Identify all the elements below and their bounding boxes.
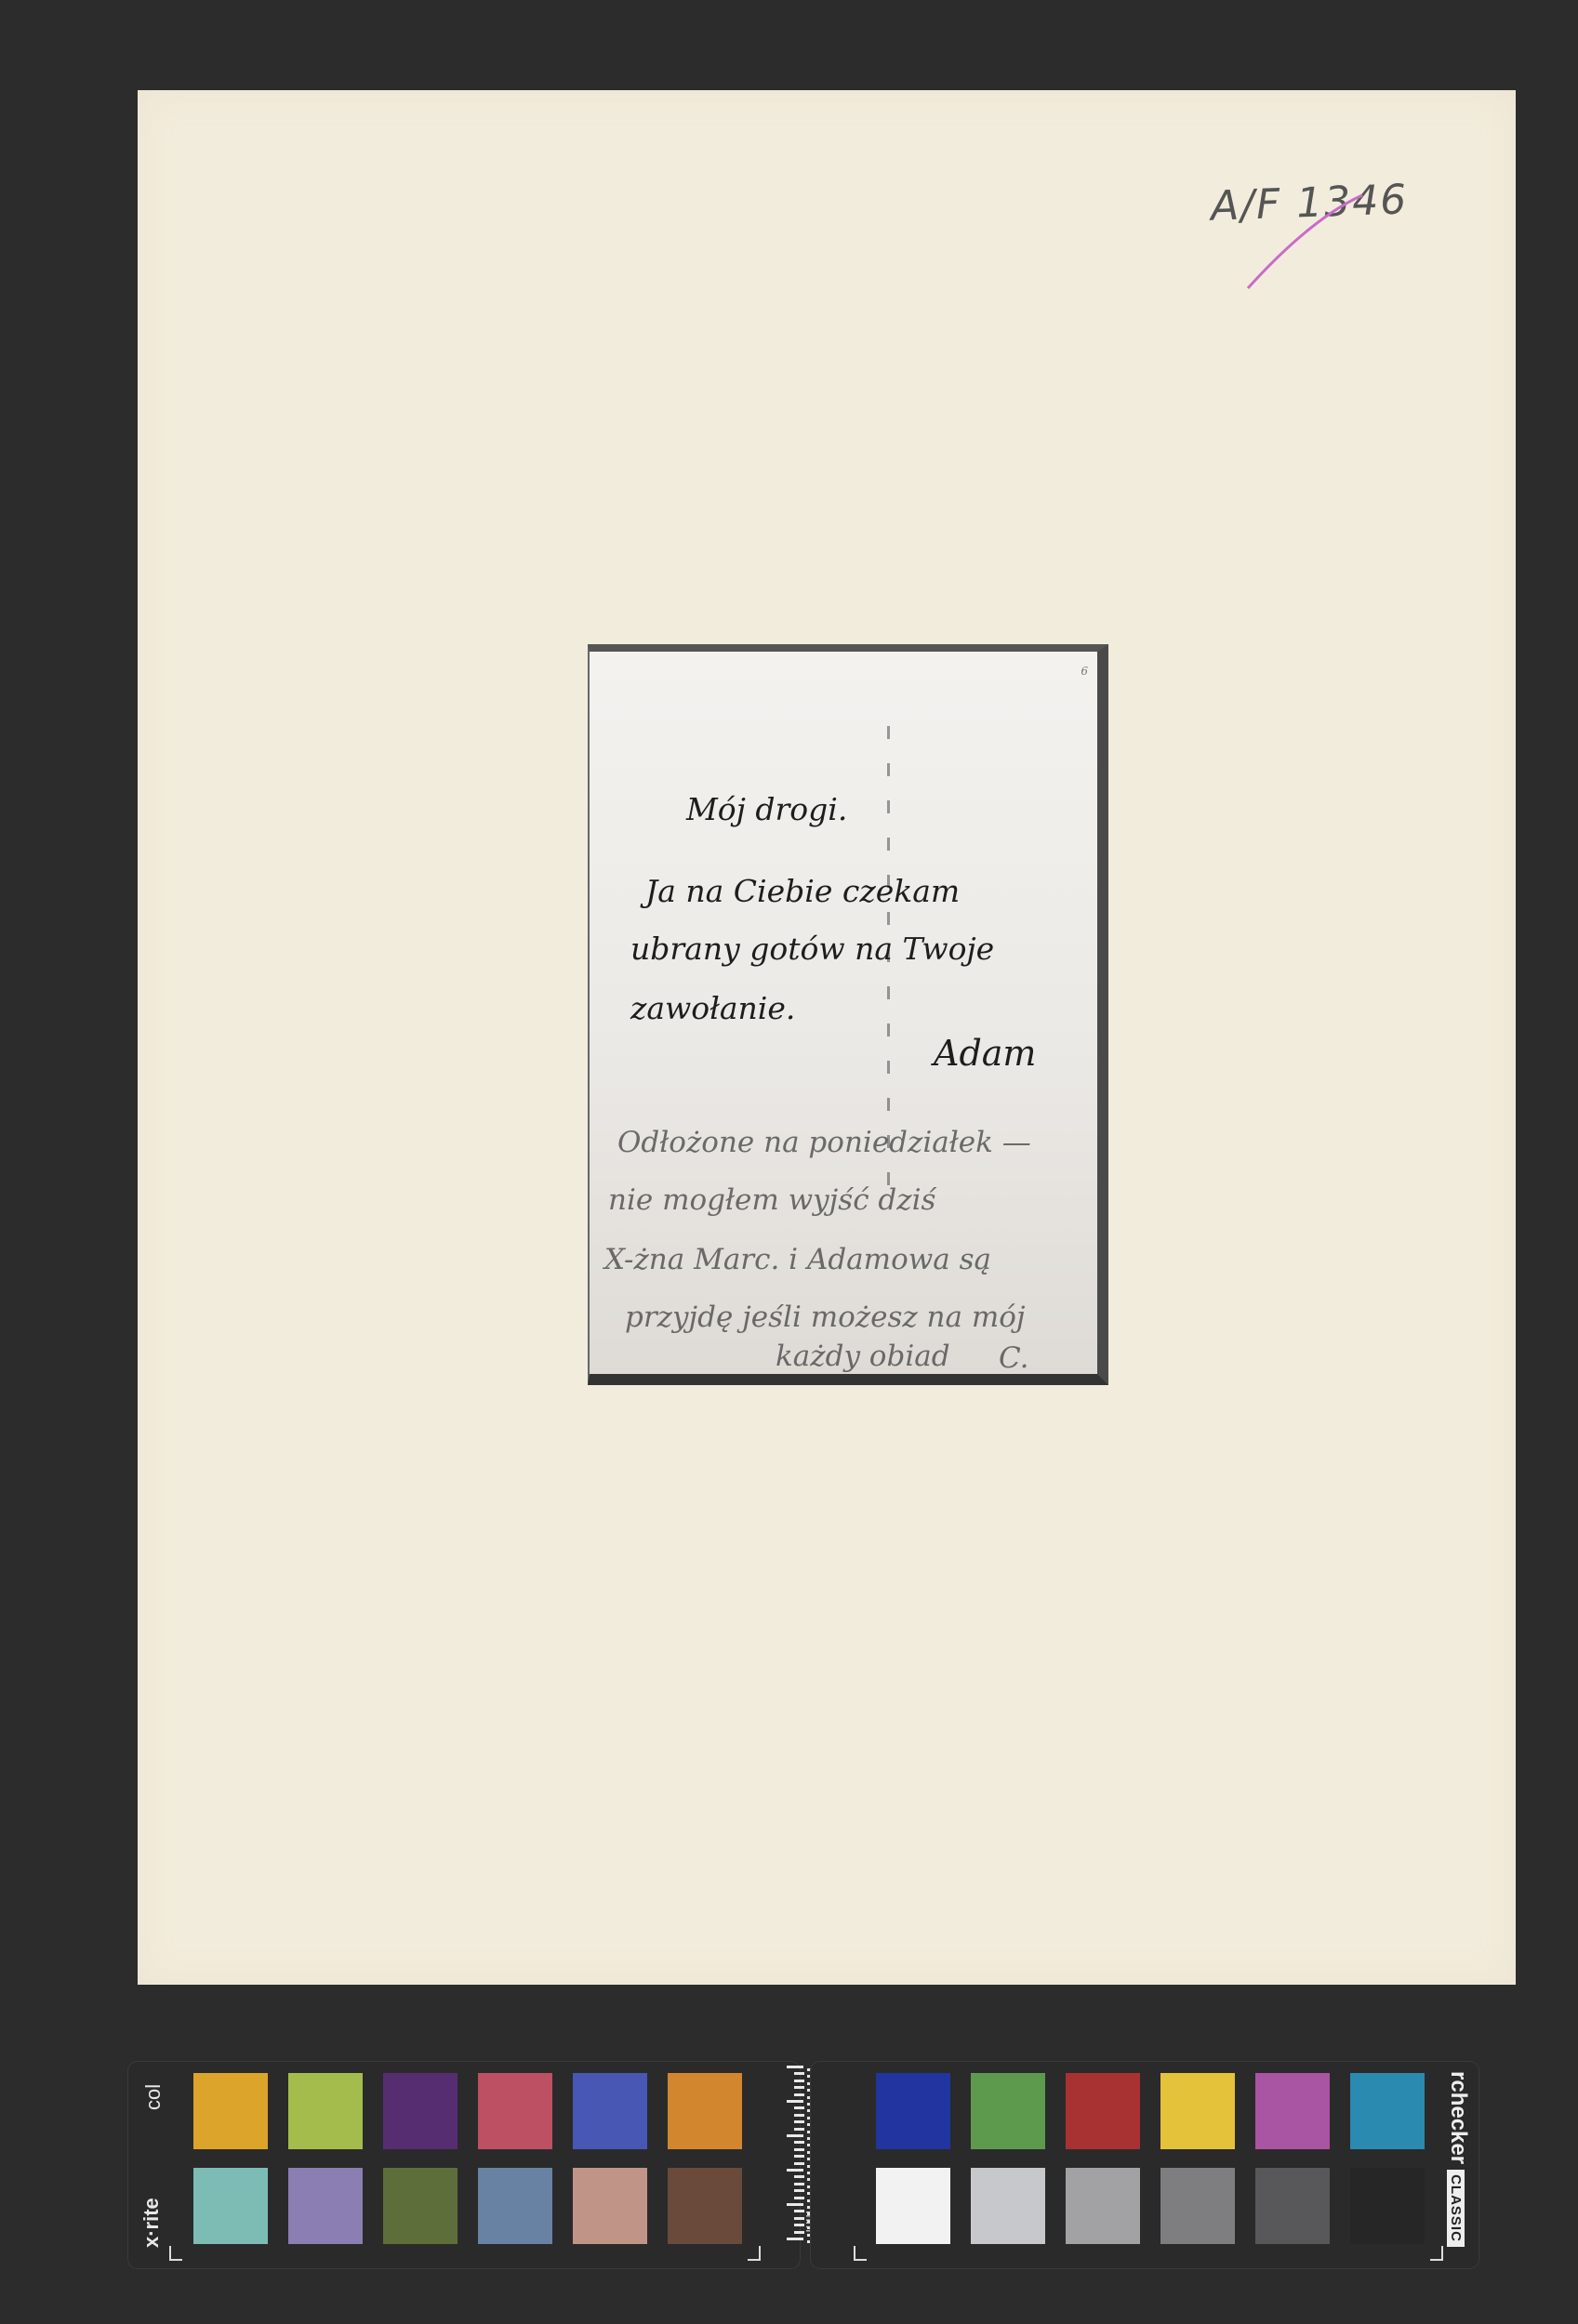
- pencil-line: każdy obiad: [776, 1340, 950, 1373]
- swatch: [1255, 2168, 1330, 2244]
- strike-through-mark: [1209, 172, 1451, 293]
- pencil-line: nie mogłem wyjść dziś: [608, 1183, 935, 1217]
- swatch: [478, 2073, 552, 2149]
- signature: Adam: [934, 1033, 1036, 1074]
- alignment-mark: [854, 2246, 867, 2261]
- swatch: [288, 2168, 363, 2244]
- letter-line: ubrany gotów na Twoje: [630, 931, 994, 967]
- swatch: [1160, 2073, 1235, 2149]
- swatch: [478, 2168, 552, 2244]
- swatch: [1160, 2168, 1235, 2244]
- swatch: [971, 2073, 1045, 2149]
- swatch: [876, 2168, 950, 2244]
- alignment-mark: [169, 2246, 182, 2261]
- swatch: [193, 2168, 268, 2244]
- letter-line: zawołanie.: [630, 990, 795, 1026]
- pencil-initial: C.: [999, 1341, 1028, 1375]
- xrite-logo: x·rite: [139, 2198, 164, 2248]
- alignment-mark: [1430, 2246, 1443, 2261]
- pencil-line: przyjdę jeśli możesz na mój: [625, 1301, 1026, 1334]
- swatch: [1350, 2168, 1425, 2244]
- pencil-line: Odłożone na poniedziałek —: [617, 1126, 1031, 1159]
- checker-label-text: rchecker: [1446, 2071, 1471, 2164]
- swatch: [288, 2073, 363, 2149]
- swatch: [573, 2168, 647, 2244]
- pencil-line: X-żna Marc. i Adamowa są: [604, 1243, 991, 1276]
- catalog-number: A/F 1346: [1209, 172, 1451, 293]
- page-number: 6: [1081, 665, 1088, 678]
- swatch: [1255, 2073, 1330, 2149]
- swatch: [876, 2073, 950, 2149]
- swatch: [1066, 2073, 1140, 2149]
- swatch: [383, 2168, 457, 2244]
- swatch: [668, 2168, 742, 2244]
- letter-line: Mój drogi.: [686, 791, 847, 827]
- letter-line: Ja na Ciebie czekam: [645, 873, 960, 909]
- letter-photograph: 6 Mój drogi. Ja na Ciebie czekam ubrany …: [588, 644, 1108, 1385]
- swatch: [383, 2073, 457, 2149]
- swatch: [193, 2073, 268, 2149]
- checker-label-left: col: [141, 2084, 166, 2110]
- color-checker-left-panel: col x·rite: [128, 2062, 800, 2268]
- swatch: [573, 2073, 647, 2149]
- checker-label-right: rcheckerCLASSIC: [1445, 2071, 1471, 2247]
- alignment-mark: [748, 2246, 761, 2261]
- swatch: [1350, 2073, 1425, 2149]
- swatch: [971, 2168, 1045, 2244]
- swatch: [668, 2073, 742, 2149]
- color-checker-right-panel: rcheckerCLASSIC: [811, 2062, 1479, 2268]
- classic-badge: CLASSIC: [1447, 2170, 1465, 2247]
- swatch: [1066, 2168, 1140, 2244]
